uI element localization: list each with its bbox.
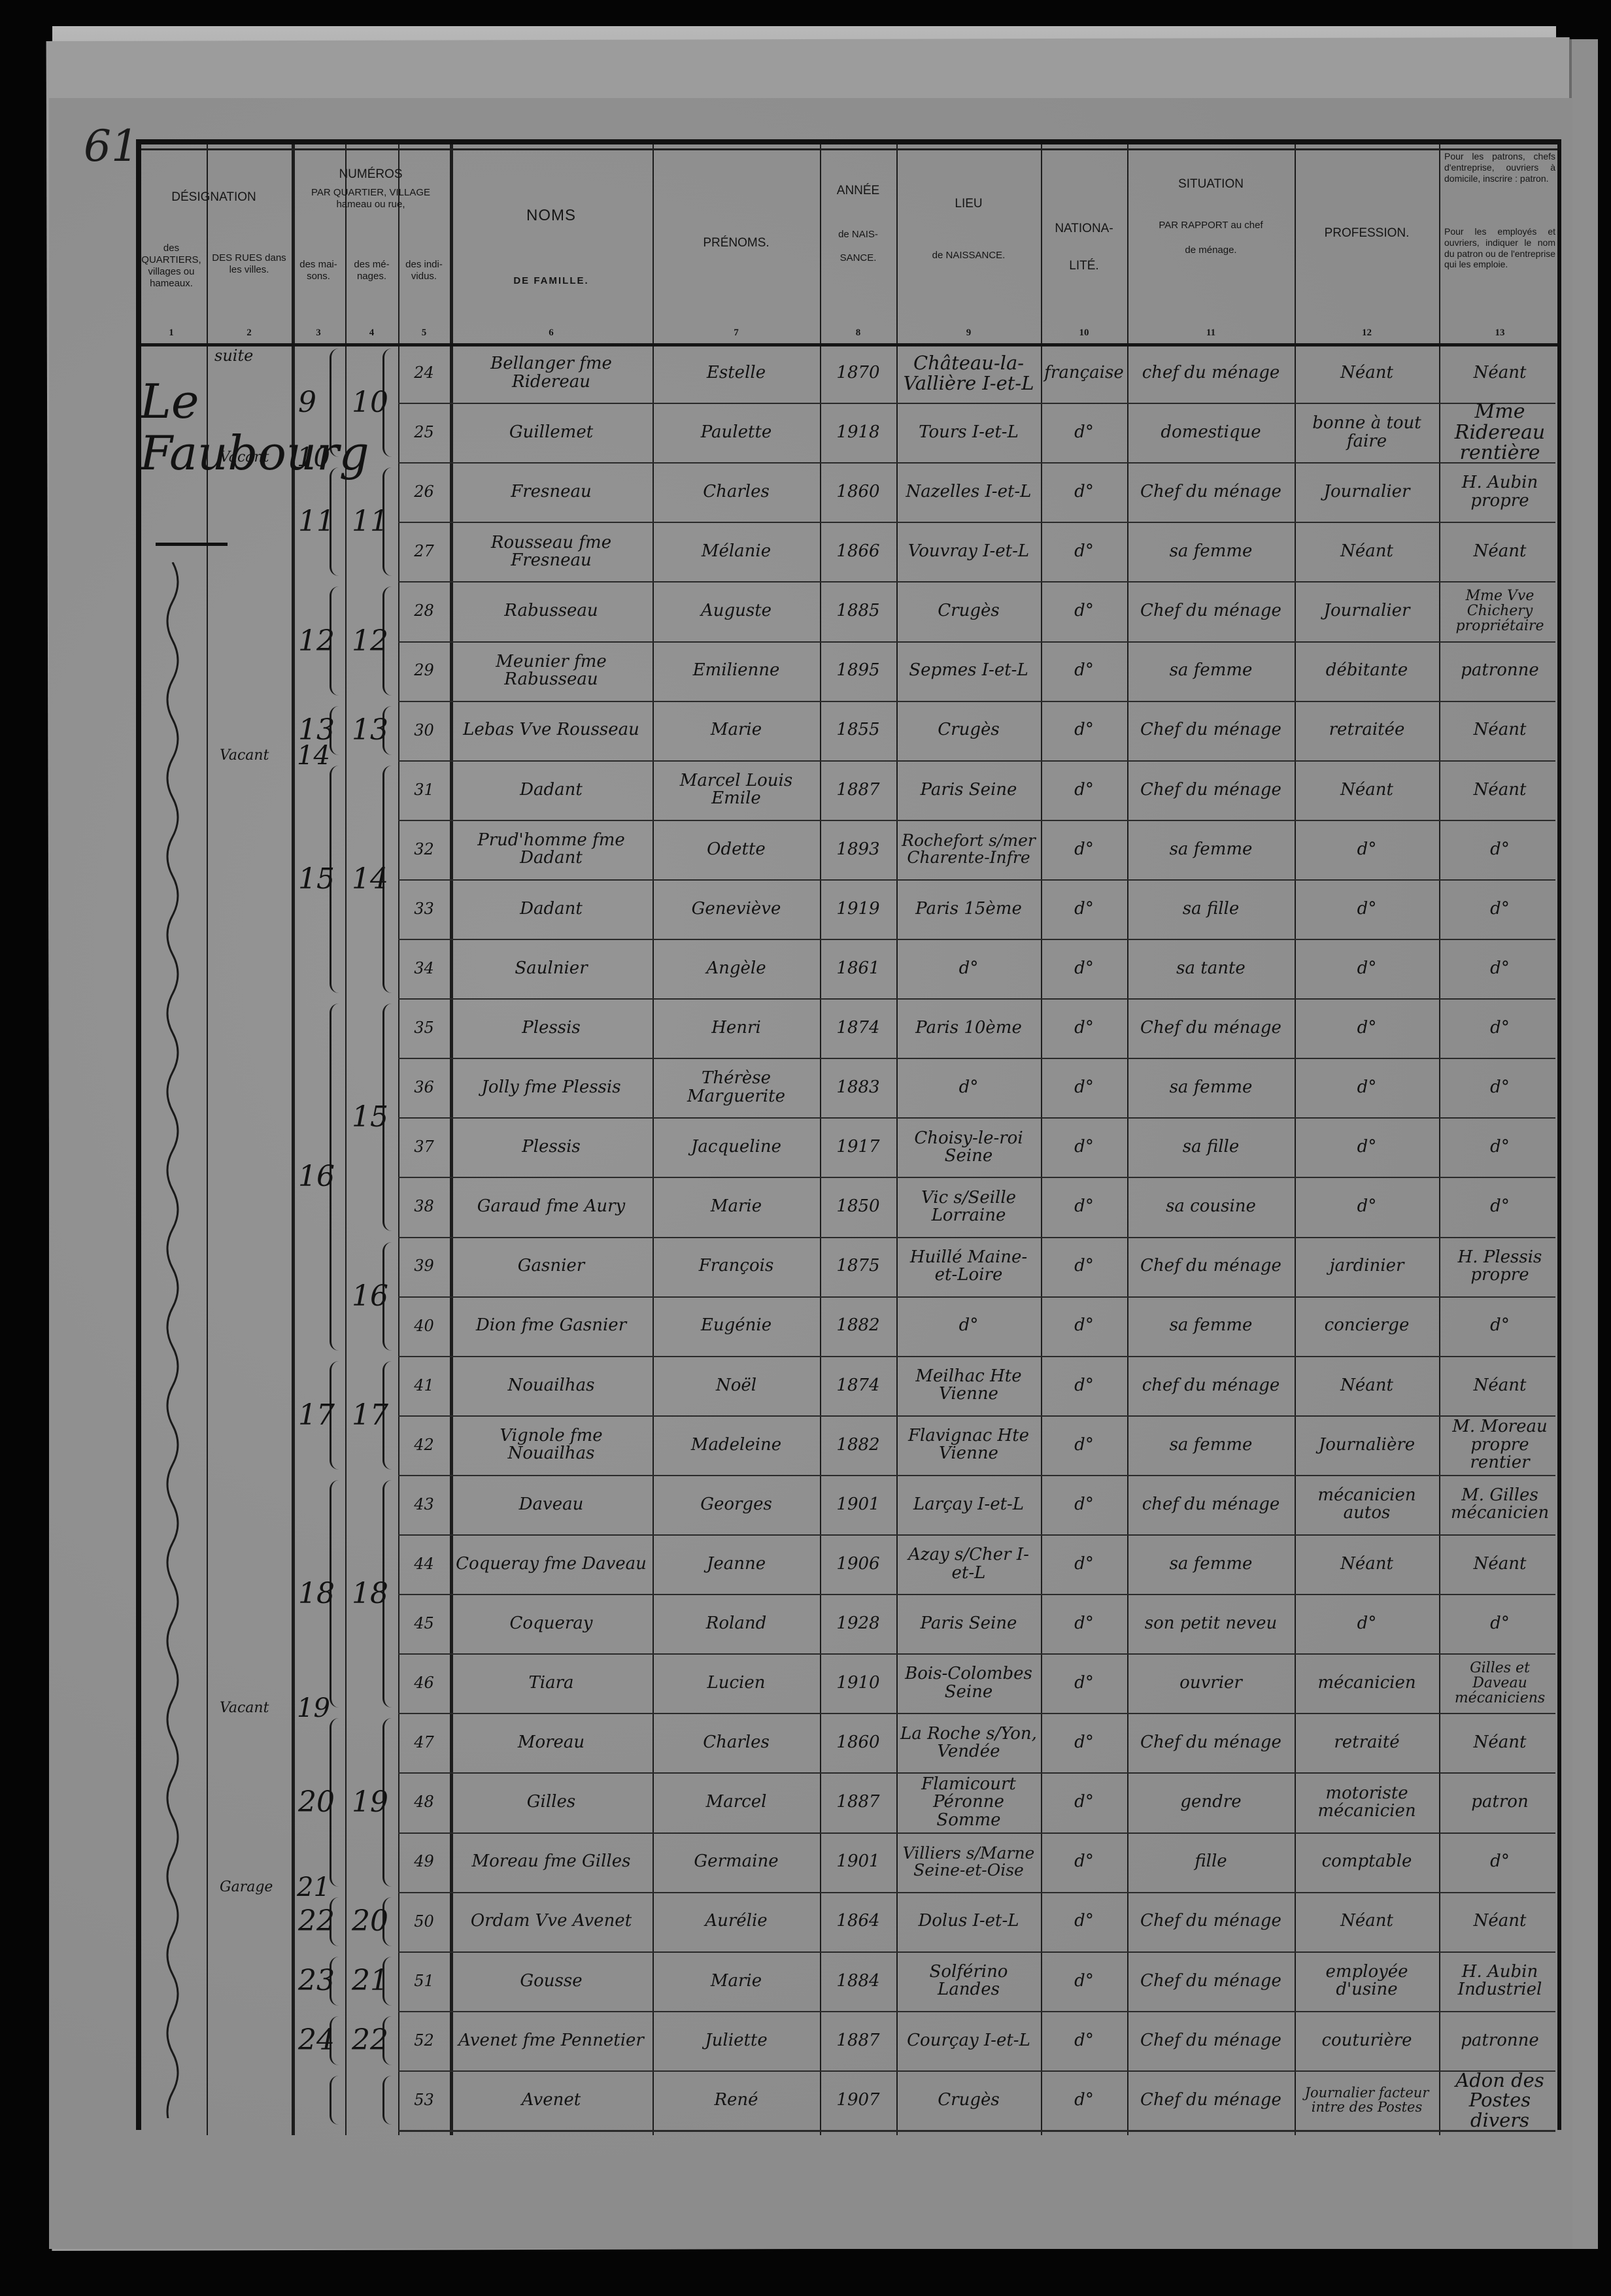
surname-cell: Tiara <box>450 1653 653 1713</box>
surname-cell: Saulnier <box>450 939 653 998</box>
header-annee: ANNÉE <box>820 184 896 199</box>
birthplace-cell: Larçay I-et-L <box>896 1475 1041 1534</box>
individual-number: 28 <box>398 581 450 641</box>
individual-number: 43 <box>398 1475 450 1534</box>
birth-year-cell: 1919 <box>820 879 896 939</box>
household-relation-cell: Chef du ménage <box>1127 2070 1295 2130</box>
first-name-cell: Marie <box>653 1951 820 2011</box>
menage-number: 19 <box>352 1785 388 1819</box>
nationality-cell: d° <box>1041 1296 1127 1356</box>
surname-cell: Fresneau <box>450 462 653 522</box>
birth-year-cell: 1855 <box>820 701 896 760</box>
header-situation-subtitle: PAR RAPPORT au chef de ménage. <box>1127 213 1295 262</box>
birth-year-cell: 1887 <box>820 2011 896 2070</box>
birthplace-cell: d° <box>896 1058 1041 1117</box>
first-name-cell: Emilienne <box>653 641 820 701</box>
first-name-cell: Mélanie <box>653 522 820 581</box>
household-relation-cell: sa femme <box>1127 1296 1295 1356</box>
household-relation-cell: sa fille <box>1127 879 1295 939</box>
birth-year-cell: 1885 <box>820 581 896 641</box>
first-name-cell: Madeleine <box>653 1415 820 1475</box>
page-number: 61 <box>84 121 139 171</box>
birth-year-cell: 1887 <box>820 1772 896 1832</box>
surname-cell: Bellanger fme Ridereau <box>450 343 653 403</box>
surname-cell: Ordam Vve Avenet <box>450 1892 653 1951</box>
individual-number: 50 <box>398 1892 450 1951</box>
birthplace-cell: Villiers s/Marne Seine-et-Oise <box>896 1832 1041 1892</box>
birthplace-cell: Tours I-et-L <box>896 403 1041 462</box>
household-relation-cell: fille <box>1127 1832 1295 1892</box>
header-col4: des mé-nages. <box>345 259 398 282</box>
census-table: DÉSIGNATIONdes QUARTIERS, villages ou ha… <box>136 139 1561 2130</box>
paper-edge-right <box>1569 39 1598 2249</box>
nationality-cell: d° <box>1041 403 1127 462</box>
household-relation-cell: son petit neveu <box>1127 1594 1295 1653</box>
employer-cell: Néant <box>1439 1534 1561 1594</box>
nationality-cell: d° <box>1041 879 1127 939</box>
birthplace-cell: Crugès <box>896 581 1041 641</box>
birth-year-cell: 1887 <box>820 760 896 820</box>
employer-cell: d° <box>1439 939 1561 998</box>
birth-year-cell: 1850 <box>820 1177 896 1236</box>
header-prenoms: PRÉNOMS. <box>653 236 820 251</box>
individual-number: 47 <box>398 1713 450 1772</box>
column-number: 10 <box>1041 328 1127 339</box>
maison-brace <box>330 2076 340 2125</box>
household-relation-cell: sa femme <box>1127 641 1295 701</box>
profession-cell: d° <box>1295 879 1439 939</box>
house-note-number: 19 <box>297 1693 330 1723</box>
household-relation-cell: Chef du ménage <box>1127 760 1295 820</box>
surname-cell: Lebas Vve Rousseau <box>450 701 653 760</box>
first-name-cell: Paulette <box>653 403 820 462</box>
first-name-cell: Auguste <box>653 581 820 641</box>
household-relation-cell: Chef du ménage <box>1127 1237 1295 1296</box>
birth-year-cell: 1861 <box>820 939 896 998</box>
surname-cell: Dadant <box>450 879 653 939</box>
household-relation-cell: Chef du ménage <box>1127 701 1295 760</box>
surname-cell: Avenet <box>450 2070 653 2130</box>
birthplace-cell: Sepmes I-et-L <box>896 641 1041 701</box>
first-name-cell: Eugénie <box>653 1296 820 1356</box>
surname-cell: Daveau <box>450 1475 653 1534</box>
first-name-cell: Estelle <box>653 343 820 403</box>
employer-cell: M. Moreau propre rentier <box>1439 1415 1561 1475</box>
house-note: Vacant <box>220 747 269 764</box>
nationality-cell: d° <box>1041 1772 1127 1832</box>
employer-cell: d° <box>1439 879 1561 939</box>
profession-cell: mécanicien autos <box>1295 1475 1439 1534</box>
house-note: Garage <box>220 1879 273 1895</box>
first-name-cell: Georges <box>653 1475 820 1534</box>
surname-cell: Rabusseau <box>450 581 653 641</box>
header-patron-instructions-a: Pour les patrons, chefs d'entreprise, ou… <box>1439 151 1561 184</box>
row-divider <box>398 2130 1555 2132</box>
header-designation[interactable]: DÉSIGNATION <box>136 190 292 205</box>
surname-cell: Nouailhas <box>450 1356 653 1415</box>
individual-number: 38 <box>398 1177 450 1236</box>
maison-number: 18 <box>298 1577 335 1610</box>
surname-cell: Plessis <box>450 1117 653 1177</box>
menage-number: 13 <box>352 713 388 747</box>
nationality-cell: d° <box>1041 641 1127 701</box>
nationality-cell: d° <box>1041 939 1127 998</box>
menage-number: 16 <box>352 1279 388 1313</box>
individual-number: 27 <box>398 522 450 581</box>
first-name-cell: Marie <box>653 1177 820 1236</box>
nationality-cell: d° <box>1041 760 1127 820</box>
first-name-cell: François <box>653 1237 820 1296</box>
first-name-cell: Roland <box>653 1594 820 1653</box>
employer-cell: Néant <box>1439 1713 1561 1772</box>
profession-cell: couturière <box>1295 2011 1439 2070</box>
column-number: 7 <box>653 328 820 339</box>
first-name-cell: Lucien <box>653 1653 820 1713</box>
nationality-cell: d° <box>1041 1534 1127 1594</box>
employer-cell: d° <box>1439 1832 1561 1892</box>
birthplace-cell: Nazelles I-et-L <box>896 462 1041 522</box>
birthplace-cell: Solférino Landes <box>896 1951 1041 2011</box>
household-relation-cell: sa femme <box>1127 1058 1295 1117</box>
household-relation-cell: ouvrier <box>1127 1653 1295 1713</box>
birth-year-cell: 1917 <box>820 1117 896 1177</box>
surname-cell: Moreau fme Gilles <box>450 1832 653 1892</box>
birthplace-cell: Huillé Maine-et-Loire <box>896 1237 1041 1296</box>
household-relation-cell: chef du ménage <box>1127 1356 1295 1415</box>
menage-brace <box>382 2076 393 2125</box>
surname-cell: Vignole fme Nouailhas <box>450 1415 653 1475</box>
employer-cell: d° <box>1439 1594 1561 1653</box>
first-name-cell: Charles <box>653 462 820 522</box>
nationality-cell: d° <box>1041 1117 1127 1177</box>
first-name-cell: Thérèse Marguerite <box>653 1058 820 1117</box>
birthplace-cell: Bois-Colombes Seine <box>896 1653 1041 1713</box>
maison-number: 12 <box>298 624 335 658</box>
maison-number: 23 <box>298 1964 335 1997</box>
birth-year-cell: 1907 <box>820 2070 896 2130</box>
birthplace-cell: Meilhac Hte Vienne <box>896 1356 1041 1415</box>
nationality-cell: d° <box>1041 1177 1127 1236</box>
menage-number: 15 <box>352 1100 388 1134</box>
employer-cell: Mme Ridereau rentière <box>1439 403 1561 462</box>
header-annee-subtitle: de NAIS-SANCE. <box>820 223 896 270</box>
nationality-cell: d° <box>1041 1475 1127 1534</box>
individual-number: 48 <box>398 1772 450 1832</box>
menage-number: 11 <box>352 505 388 538</box>
profession-cell: Néant <box>1295 1892 1439 1951</box>
nationality-cell: d° <box>1041 998 1127 1058</box>
menage-number: 12 <box>352 624 388 658</box>
individual-number: 40 <box>398 1296 450 1356</box>
profession-cell: débitante <box>1295 641 1439 701</box>
profession-cell: Néant <box>1295 522 1439 581</box>
column-number: 12 <box>1295 328 1439 339</box>
column-number: 8 <box>820 328 896 339</box>
first-name-cell: Charles <box>653 1713 820 1772</box>
household-relation-cell: sa femme <box>1127 1534 1295 1594</box>
household-relation-cell: Chef du ménage <box>1127 462 1295 522</box>
house-note-number: 21 <box>297 1872 330 1902</box>
individual-number: 33 <box>398 879 450 939</box>
household-relation-cell: sa femme <box>1127 1415 1295 1475</box>
birth-year-cell: 1884 <box>820 1951 896 2011</box>
employer-cell: H. Aubin Industriel <box>1439 1951 1561 2011</box>
birth-year-cell: 1874 <box>820 998 896 1058</box>
maison-number: 22 <box>298 1904 335 1938</box>
surname-cell: Dadant <box>450 760 653 820</box>
header-col2: DES RUES dans les villes. <box>207 252 292 276</box>
nationality-cell: d° <box>1041 1892 1127 1951</box>
nationality-cell: française <box>1041 343 1127 403</box>
profession-cell: Journalière <box>1295 1415 1439 1475</box>
individual-number: 36 <box>398 1058 450 1117</box>
individual-number: 39 <box>398 1237 450 1296</box>
household-relation-cell: sa femme <box>1127 820 1295 879</box>
column-number: 5 <box>398 328 450 339</box>
profession-cell: d° <box>1295 1594 1439 1653</box>
profession-cell: retraité <box>1295 1713 1439 1772</box>
birth-year-cell: 1883 <box>820 1058 896 1117</box>
birthplace-cell: Crugès <box>896 701 1041 760</box>
surname-cell: Avenet fme Pennetier <box>450 2011 653 2070</box>
birthplace-cell: Paris Seine <box>896 760 1041 820</box>
header-numeros: NUMÉROS <box>292 167 450 182</box>
profession-cell: Néant <box>1295 760 1439 820</box>
birth-year-cell: 1860 <box>820 462 896 522</box>
column-number: 9 <box>896 328 1041 339</box>
birthplace-cell: Paris 15ème <box>896 879 1041 939</box>
birth-year-cell: 1875 <box>820 1237 896 1296</box>
employer-cell: Néant <box>1439 522 1561 581</box>
individual-number: 51 <box>398 1951 450 2011</box>
first-name-cell: Odette <box>653 820 820 879</box>
header-lieu: LIEU <box>896 197 1041 212</box>
individual-number: 32 <box>398 820 450 879</box>
surname-cell: Dion fme Gasnier <box>450 1296 653 1356</box>
nationality-cell: d° <box>1041 462 1127 522</box>
first-name-cell: Noël <box>653 1356 820 1415</box>
employer-cell: H. Aubin propre <box>1439 462 1561 522</box>
header-noms-subtitle: DE FAMILLE. <box>450 275 653 287</box>
individual-number: 25 <box>398 403 450 462</box>
header-top-rule <box>141 148 1557 150</box>
header-nationalite: NATIONA-LITÉ. <box>1041 210 1127 284</box>
profession-cell: comptable <box>1295 1832 1439 1892</box>
birth-year-cell: 1870 <box>820 343 896 403</box>
household-relation-cell: Chef du ménage <box>1127 1951 1295 2011</box>
column-number: 2 <box>207 328 292 339</box>
individual-number: 37 <box>398 1117 450 1177</box>
employer-cell: patron <box>1439 1772 1561 1832</box>
profession-cell: Journalier <box>1295 462 1439 522</box>
profession-cell: d° <box>1295 820 1439 879</box>
birth-year-cell: 1906 <box>820 1534 896 1594</box>
employer-cell: M. Gilles mécanicien <box>1439 1475 1561 1534</box>
birthplace-cell: Dolus I-et-L <box>896 1892 1041 1951</box>
header-noms: NOMS <box>450 207 653 226</box>
surname-cell: Meunier fme Rabusseau <box>450 641 653 701</box>
nationality-cell: d° <box>1041 581 1127 641</box>
household-relation-cell: chef du ménage <box>1127 343 1295 403</box>
surname-cell: Coqueray fme Daveau <box>450 1534 653 1594</box>
menage-number: 10 <box>352 386 388 419</box>
surname-cell: Prud'homme fme Dadant <box>450 820 653 879</box>
header-col3: des mai-sons. <box>292 259 345 282</box>
column-number: 3 <box>292 328 345 339</box>
profession-cell: Néant <box>1295 1534 1439 1594</box>
nationality-cell: d° <box>1041 1356 1127 1415</box>
birthplace-cell: Choisy-le-roi Seine <box>896 1117 1041 1177</box>
birthplace-cell: Flamicourt Péronne Somme <box>896 1772 1041 1832</box>
birth-year-cell: 1874 <box>820 1356 896 1415</box>
household-relation-cell: sa cousine <box>1127 1177 1295 1236</box>
birthplace-cell: Paris 10ème <box>896 998 1041 1058</box>
ditto-wavy-line-icon <box>160 562 186 2118</box>
surname-cell: Guillemet <box>450 403 653 462</box>
surname-cell: Rousseau fme Fresneau <box>450 522 653 581</box>
first-name-cell: René <box>653 2070 820 2130</box>
profession-cell: concierge <box>1295 1296 1439 1356</box>
household-relation-cell: gendre <box>1127 1772 1295 1832</box>
nationality-cell: d° <box>1041 1594 1127 1653</box>
birthplace-cell: La Roche s/Yon, Vendée <box>896 1713 1041 1772</box>
employer-cell: Néant <box>1439 343 1561 403</box>
individual-number: 41 <box>398 1356 450 1415</box>
birth-year-cell: 1866 <box>820 522 896 581</box>
first-name-cell: Jeanne <box>653 1534 820 1594</box>
birth-year-cell: 1895 <box>820 641 896 701</box>
surname-cell: Moreau <box>450 1713 653 1772</box>
surname-cell: Gousse <box>450 1951 653 2011</box>
continuation-mark: suite <box>214 346 253 365</box>
maison-number: 16 <box>298 1160 335 1193</box>
nationality-cell: d° <box>1041 2011 1127 2070</box>
surname-cell: Garaud fme Aury <box>450 1177 653 1236</box>
first-name-cell: Marcel Louis Emile <box>653 760 820 820</box>
maison-number: 11 <box>298 505 335 538</box>
birthplace-cell: d° <box>896 1296 1041 1356</box>
birth-year-cell: 1901 <box>820 1475 896 1534</box>
profession-cell: d° <box>1295 998 1439 1058</box>
nationality-cell: d° <box>1041 1951 1127 2011</box>
locality-name: Le Faubourg <box>140 376 271 479</box>
surname-cell: Jolly fme Plessis <box>450 1058 653 1117</box>
individual-number: 46 <box>398 1653 450 1713</box>
individual-number: 45 <box>398 1594 450 1653</box>
nationality-cell: d° <box>1041 820 1127 879</box>
profession-cell: bonne à tout faire <box>1295 403 1439 462</box>
house-note: Vacant <box>220 1700 269 1716</box>
individual-number: 42 <box>398 1415 450 1475</box>
individual-number: 35 <box>398 998 450 1058</box>
employer-cell: Néant <box>1439 760 1561 820</box>
individual-number: 49 <box>398 1832 450 1892</box>
header-patron-instructions-b: Pour les employés et ouvriers, indiquer … <box>1439 226 1561 270</box>
first-name-cell: Geneviève <box>653 879 820 939</box>
employer-cell: d° <box>1439 1296 1561 1356</box>
header-situation: SITUATION <box>1127 177 1295 192</box>
birth-year-cell: 1864 <box>820 1892 896 1951</box>
household-relation-cell: Chef du ménage <box>1127 2011 1295 2070</box>
birthplace-cell: Rochefort s/mer Charente-Infre <box>896 820 1041 879</box>
profession-cell: employée d'usine <box>1295 1951 1439 2011</box>
birth-year-cell: 1893 <box>820 820 896 879</box>
birthplace-cell: Vouvray I-et-L <box>896 522 1041 581</box>
header-col5: des indi-vidus. <box>398 259 450 282</box>
birthplace-cell: Crugès <box>896 2070 1041 2130</box>
header-col1: des QUARTIERS, villages ou hameaux. <box>136 243 207 290</box>
birthplace-cell: Courçay I-et-L <box>896 2011 1041 2070</box>
profession-cell: jardinier <box>1295 1237 1439 1296</box>
house-note-number: 14 <box>297 741 330 771</box>
first-name-cell: Marie <box>653 701 820 760</box>
birthplace-cell: Azay s/Cher I-et-L <box>896 1534 1041 1594</box>
first-name-cell: Marcel <box>653 1772 820 1832</box>
employer-cell: Mme Vve Chichery propriétaire <box>1439 581 1561 641</box>
household-relation-cell: domestique <box>1127 403 1295 462</box>
birth-year-cell: 1901 <box>820 1832 896 1892</box>
individual-number: 34 <box>398 939 450 998</box>
profession-cell: retraitée <box>1295 701 1439 760</box>
column-number: 4 <box>345 328 398 339</box>
household-relation-cell: Chef du ménage <box>1127 1892 1295 1951</box>
first-name-cell: Germaine <box>653 1832 820 1892</box>
first-name-cell: Juliette <box>653 2011 820 2070</box>
profession-cell: d° <box>1295 1058 1439 1117</box>
profession-cell: d° <box>1295 1117 1439 1177</box>
profession-cell: Journalier facteur intre des Postes <box>1295 2070 1439 2130</box>
birth-year-cell: 1910 <box>820 1653 896 1713</box>
birthplace-cell: Flavignac Hte Vienne <box>896 1415 1041 1475</box>
employer-cell: d° <box>1439 1117 1561 1177</box>
household-relation-cell: sa fille <box>1127 1117 1295 1177</box>
surname-cell: Coqueray <box>450 1594 653 1653</box>
employer-cell: Néant <box>1439 701 1561 760</box>
nationality-cell: d° <box>1041 1058 1127 1117</box>
household-relation-cell: Chef du ménage <box>1127 998 1295 1058</box>
birthplace-cell: Château-la-Vallière I-et-L <box>896 343 1041 403</box>
household-relation-cell: Chef du ménage <box>1127 581 1295 641</box>
employer-cell: d° <box>1439 1058 1561 1117</box>
individual-number: 30 <box>398 701 450 760</box>
household-relation-cell: Chef du ménage <box>1127 1713 1295 1772</box>
individual-number: 53 <box>398 2070 450 2130</box>
column-number: 6 <box>450 328 653 339</box>
nationality-cell: d° <box>1041 1713 1127 1772</box>
household-relation-cell: sa femme <box>1127 522 1295 581</box>
profession-cell: Journalier <box>1295 581 1439 641</box>
birth-year-cell: 1860 <box>820 1713 896 1772</box>
nationality-cell: d° <box>1041 1653 1127 1713</box>
birthplace-cell: d° <box>896 939 1041 998</box>
nationality-cell: d° <box>1041 1832 1127 1892</box>
menage-number: 14 <box>352 862 388 896</box>
employer-cell: patronne <box>1439 641 1561 701</box>
profession-cell: mécanicien <box>1295 1653 1439 1713</box>
first-name-cell: Angèle <box>653 939 820 998</box>
header-profession: PROFESSION. <box>1295 226 1439 241</box>
birth-year-cell: 1918 <box>820 403 896 462</box>
nationality-cell: d° <box>1041 522 1127 581</box>
profession-cell: Néant <box>1295 343 1439 403</box>
employer-cell: patronne <box>1439 2011 1561 2070</box>
maison-number: 15 <box>298 862 335 896</box>
household-relation-cell: sa tante <box>1127 939 1295 998</box>
nationality-cell: d° <box>1041 2070 1127 2130</box>
column-number: 1 <box>136 328 207 339</box>
employer-cell: Néant <box>1439 1356 1561 1415</box>
nationality-cell: d° <box>1041 1415 1127 1475</box>
